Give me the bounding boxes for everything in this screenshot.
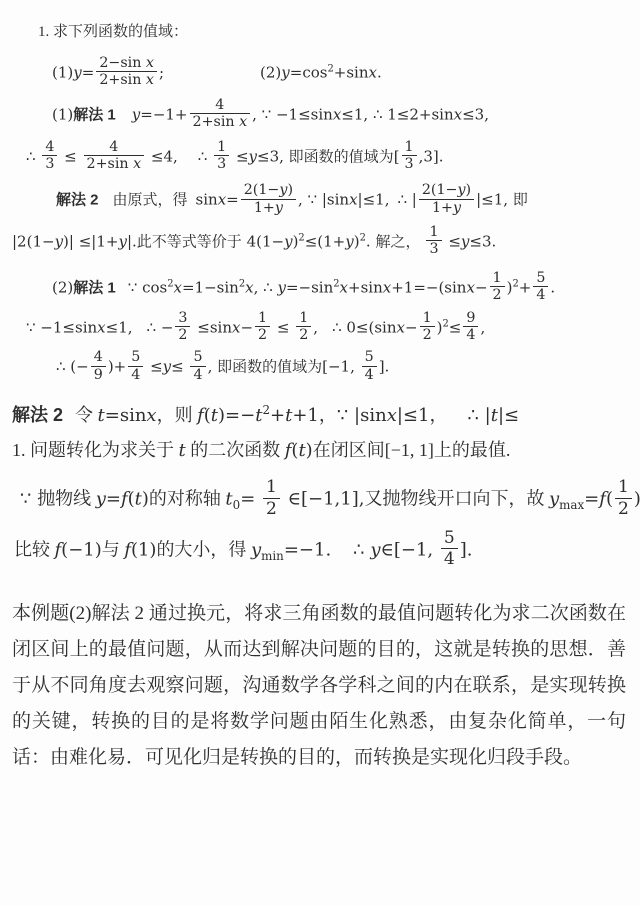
fraction-denominator: 2+sin x	[96, 71, 157, 88]
math-variable: x	[245, 278, 253, 296]
math-text: +	[519, 278, 532, 296]
cn-text: 在闭区间[−1, 1]上的最值.	[313, 440, 511, 460]
fraction-numerator: 5	[441, 528, 458, 549]
math-text: 1	[429, 224, 438, 240]
math-text: 1	[258, 310, 267, 326]
math-text: ≤	[145, 358, 162, 376]
math-text: ,3].	[419, 147, 444, 165]
fraction: 42+sin x	[84, 139, 145, 173]
math-text: 3	[45, 156, 54, 172]
compare-line: 比较 f(−1)与 f(1)的大小，得 ymin=−1.∴ y∈[−1, 54]…	[0, 530, 640, 572]
math-text: |.	[127, 232, 137, 250]
math-text: =	[240, 489, 261, 510]
math-variable: x	[368, 63, 376, 81]
fraction-numerator: 4	[84, 139, 145, 155]
math-text: 2	[178, 327, 187, 343]
math-text: =	[584, 489, 599, 510]
part1-solution1-line1: (1)解法 1y=−1+42+sin x, ∵ −1≤sinx≤1, ∴ 1≤2…	[0, 99, 640, 133]
math-text: )	[142, 489, 149, 510]
fraction-denominator: 3	[214, 155, 229, 172]
math-text: =	[82, 63, 95, 81]
math-text: ≤	[444, 232, 461, 250]
fraction-numerator: 1	[615, 477, 632, 498]
math-text: 1	[217, 139, 226, 155]
fraction-denominator: 9	[91, 366, 106, 383]
math-text: ∈[−1,	[381, 539, 439, 560]
superscript: 2	[262, 403, 270, 417]
problem-title: 1. 求下列函数的值域：	[0, 22, 640, 43]
math-text: 4	[109, 139, 118, 155]
part2-solution1-line3: ∴ (−49)+54 ≤y≤ 54, 即函数的值域为[−1, 54].	[0, 351, 640, 385]
fraction-denominator: 2	[615, 498, 632, 520]
math-variable: t	[211, 405, 218, 426]
fraction-numerator: 5	[190, 349, 205, 365]
fraction-denominator: 2	[263, 498, 280, 520]
bold-label: 解法 2	[56, 192, 99, 209]
fraction-numerator: 1	[214, 139, 229, 155]
math-text: 2	[258, 327, 267, 343]
fraction: 42+sin x	[190, 97, 251, 131]
math-text: =sin	[105, 405, 147, 426]
math-text: 2	[423, 327, 432, 343]
math-variable: y	[279, 182, 287, 198]
fraction: 12	[490, 270, 505, 304]
math-text: ,	[208, 358, 218, 376]
cn-text: ，	[319, 405, 337, 425]
fraction: 2(1−y)1+y	[241, 182, 296, 216]
math-text: sin	[196, 191, 218, 209]
math-text: 3	[217, 156, 226, 172]
math-variable: x	[97, 318, 105, 336]
fraction-numerator: 1	[490, 270, 505, 286]
math-text: ≤sin	[192, 318, 232, 336]
math-text: [−1,	[322, 358, 360, 376]
math-variable: x	[349, 191, 357, 209]
commentary-paragraph: 本例题(2)解法 2 通过换元，将求三角函数的最值问题转化为求二次函数在闭区间上…	[0, 596, 640, 776]
math-variable: y	[163, 358, 171, 376]
math-text: 2(1−	[244, 182, 280, 198]
math-text: 4	[466, 327, 475, 343]
fraction: 94	[463, 310, 478, 344]
math-text: ∵ |sin	[337, 405, 387, 426]
math-text: 4	[131, 367, 140, 383]
fraction-numerator: 4	[42, 139, 57, 155]
cn-text: 的对称轴	[149, 489, 226, 509]
math-text: )	[306, 440, 313, 461]
cn-text: 1. 问题转化为求关于	[12, 440, 179, 460]
math-text: , ∴	[254, 278, 278, 296]
math-text: ∴	[198, 147, 212, 165]
math-text: ;	[159, 63, 164, 81]
fraction-numerator: 1	[263, 477, 280, 498]
fraction-numerator: 2−sin x	[96, 55, 157, 71]
cn-text: 的二次函数	[186, 440, 285, 460]
math-variable: y	[132, 105, 140, 123]
math-variable: y	[345, 232, 353, 250]
math-variable: t	[179, 440, 186, 461]
math-variable: x	[218, 191, 226, 209]
fraction-numerator: 3	[175, 310, 190, 326]
math-text: +1	[292, 405, 319, 426]
math-variable: x	[383, 278, 391, 296]
math-text: 1	[266, 477, 277, 497]
math-variable: y	[284, 232, 292, 250]
fraction: 32	[175, 310, 190, 344]
math-text: )=	[634, 489, 640, 510]
formula-row: (1)y=2−sin x2+sin x;(2)y=cos2+sinx.	[0, 57, 640, 91]
fraction: 12	[255, 310, 270, 344]
math-text: 1	[299, 310, 308, 326]
fraction-numerator: 4	[190, 97, 251, 113]
fraction-denominator: 4	[533, 286, 548, 303]
fraction-denominator: 1+y	[419, 199, 474, 216]
math-text: 1	[618, 477, 629, 497]
math-variable: y	[370, 539, 380, 560]
fraction-denominator: 4	[128, 366, 143, 383]
math-text: ≤1,	[106, 318, 133, 336]
math-text: 2(1−	[422, 182, 458, 198]
math-text: 5	[536, 270, 545, 286]
fraction: 13	[214, 139, 229, 173]
math-text: ∈[−1,1],	[282, 489, 365, 510]
cn-text: 由原式，得	[113, 193, 188, 209]
math-text: ∴ 0≤(sin	[332, 318, 396, 336]
math-variable: y	[251, 539, 261, 560]
fraction-denominator: 4	[362, 366, 377, 383]
fraction-numerator: 1	[296, 310, 311, 326]
cn-text: ，则	[157, 405, 198, 425]
math-text: 4	[45, 139, 54, 155]
cn-text: 比较	[14, 539, 55, 559]
math-variable: x	[146, 72, 154, 88]
math-text: +1=−(sin	[391, 278, 466, 296]
math-text: )	[287, 182, 293, 198]
math-text: 5	[193, 349, 202, 365]
fraction: 54	[362, 349, 377, 383]
math-variable: y	[73, 63, 81, 81]
fraction: 12	[615, 477, 632, 519]
bold-label: 解法 2	[12, 405, 63, 425]
cn-text: 即函数的值域为	[289, 149, 394, 165]
math-text: 4	[536, 287, 545, 303]
math-text: =	[106, 489, 121, 510]
fraction-denominator: 3	[402, 155, 417, 172]
math-text: 9	[94, 367, 103, 383]
fraction-denominator: 2	[175, 326, 190, 343]
math-text: (	[606, 489, 613, 510]
math-text: ≤	[449, 318, 462, 336]
math-text: ∵ −1≤sin	[26, 318, 97, 336]
math-text: +sin	[348, 278, 383, 296]
math-text: −	[475, 278, 488, 296]
fraction-numerator: 1	[255, 310, 270, 326]
math-text: ≤3.	[469, 232, 496, 250]
math-text: 1+	[254, 200, 275, 216]
bold-label: 解法 1	[73, 279, 116, 296]
math-text: , ∵ −1≤sin	[252, 105, 333, 123]
math-text: ≤	[171, 358, 188, 376]
math-text: (2)	[52, 278, 73, 296]
math-text: ≤3,	[462, 105, 489, 123]
math-text: 4(1−	[242, 232, 284, 250]
fraction-denominator: 2	[420, 326, 435, 343]
math-text: ≤1, ∴ 1≤2+sin	[341, 105, 453, 123]
math-text: |≤1,	[476, 191, 513, 209]
math-text: 1+	[432, 200, 453, 216]
math-text: 4	[365, 367, 374, 383]
part2-solution1-line2: ∵ −1≤sinx≤1,∴ −32 ≤sinx−12 ≤ 12,∴ 0≤(sin…	[0, 312, 640, 346]
math-variable: f	[124, 539, 131, 560]
fraction: 54	[128, 349, 143, 383]
math-text: ∴	[353, 539, 370, 560]
fraction-denominator: 4	[463, 326, 478, 343]
math-text: [	[394, 147, 400, 165]
math-text: ≤3,	[257, 147, 289, 165]
math-variable: y	[275, 200, 283, 216]
part2-solution2-line2: 1. 问题转化为求关于 t 的二次函数 f(t)在闭区间[−1, 1]上的最值.	[0, 438, 640, 463]
math-variable: x	[239, 114, 247, 130]
math-text: ,	[480, 318, 485, 336]
fraction: 54	[533, 270, 548, 304]
cn-text: 1. 求下列函数的值域：	[38, 24, 188, 40]
math-text: ∵	[20, 489, 37, 510]
fraction: 54	[441, 528, 458, 570]
math-text: =	[226, 191, 239, 209]
fraction-numerator: 1	[420, 310, 435, 326]
math-variable: x	[133, 156, 141, 172]
math-variable: y	[249, 147, 257, 165]
part2-solution2-line1: 解法 2令 t=sinx，则 f(t)=−t2+t+1，∵ |sinx|≤1，∴…	[0, 403, 640, 428]
math-variable: f	[599, 489, 606, 510]
math-text: (2)	[260, 63, 281, 81]
math-variable: t	[135, 489, 142, 510]
math-text: ,	[313, 318, 318, 336]
math-text: 2	[299, 327, 308, 343]
math-variable: y	[453, 200, 461, 216]
cn-text: 抛物线	[37, 489, 96, 509]
fraction-denominator: 3	[42, 155, 57, 172]
math-text: )+	[108, 358, 126, 376]
fraction-denominator: 2+sin x	[84, 155, 145, 172]
math-text: 2	[618, 499, 629, 519]
math-text: .	[550, 278, 555, 296]
cn-text: 的大小，得	[156, 539, 251, 559]
part1-solution1-line2: ∴ 43 ≤ 42+sin x ≤4,∴ 13 ≤y≤3, 即函数的值域为[13…	[0, 141, 640, 175]
math-text: 5	[444, 528, 455, 548]
math-text: ≤	[272, 318, 294, 336]
math-variable: y	[281, 63, 289, 81]
math-text: −	[405, 318, 418, 336]
math-variable: t	[491, 405, 498, 426]
fraction-numerator: 5	[128, 349, 143, 365]
math-variable: x	[146, 405, 156, 426]
math-variable: f	[197, 405, 204, 426]
math-text: −	[240, 318, 253, 336]
fraction-denominator: 4	[441, 548, 458, 570]
subscript: max	[559, 498, 584, 512]
math-variable: t	[98, 405, 105, 426]
math-variable: x	[397, 318, 405, 336]
fraction: 49	[91, 349, 106, 383]
fraction: 13	[402, 139, 417, 173]
cn-text: 即	[513, 193, 528, 209]
math-text: , ∵ |sin	[298, 191, 349, 209]
math-text: ].	[379, 358, 390, 376]
math-text: 3	[178, 310, 187, 326]
math-variable: x	[454, 105, 462, 123]
math-variable: y	[118, 232, 126, 250]
math-variable: y	[549, 489, 559, 510]
math-variable: t	[298, 440, 305, 461]
math-variable: x	[466, 278, 474, 296]
fraction-numerator: 2(1−y)	[419, 182, 474, 198]
math-text: 2	[493, 287, 502, 303]
math-variable: x	[340, 278, 348, 296]
math-text: .	[377, 63, 382, 81]
math-text: ∴ −	[147, 318, 174, 336]
fraction-denominator: 2+sin x	[190, 113, 251, 130]
math-text: 5	[365, 349, 374, 365]
math-text: ∵ cos	[128, 278, 167, 296]
math-text: 2+sin	[99, 72, 146, 88]
fraction: 43	[42, 139, 57, 173]
math-text: |≤1,	[358, 191, 390, 209]
math-text: 2+sin	[87, 156, 134, 172]
math-text: 3	[429, 241, 438, 257]
math-text: 2	[266, 499, 277, 519]
part2-solution1-line1: (2)解法 1∵ cos2x=1−sin2x, ∴ y=−sin2x+sinx+…	[0, 272, 640, 306]
fraction-denominator: 2	[255, 326, 270, 343]
math-text: (1)	[131, 539, 157, 560]
fraction-denominator: 4	[190, 366, 205, 383]
math-variable: y	[55, 232, 63, 250]
subscript: min	[261, 549, 284, 563]
math-variable: x	[174, 278, 182, 296]
math-text: +	[270, 405, 285, 426]
math-variable: y	[96, 489, 106, 510]
math-variable: y	[277, 278, 285, 296]
fraction-numerator: 5	[362, 349, 377, 365]
math-text: ≤(1+	[305, 232, 346, 250]
math-text: =−1.	[284, 539, 331, 560]
math-text: |2(1−	[12, 232, 55, 250]
fraction-denominator: 2	[490, 286, 505, 303]
math-text: (1)	[52, 63, 73, 81]
fraction-numerator: 4	[91, 349, 106, 365]
fraction-denominator: 1+y	[241, 199, 296, 216]
math-text: |≤1	[397, 405, 430, 426]
fraction: 54	[190, 349, 205, 383]
fraction-denominator: 3	[426, 240, 441, 257]
math-text: 4	[193, 367, 202, 383]
math-text: (	[204, 405, 211, 426]
cn-text: 此不等式等价于	[137, 234, 242, 250]
math-text: =−1+	[140, 105, 187, 123]
cn-text: ，	[429, 405, 447, 425]
math-text: ∴ |	[467, 405, 490, 426]
math-text: (1)	[52, 105, 73, 123]
fraction: 13	[426, 224, 441, 258]
math-text: ≤4,	[146, 147, 178, 165]
math-text: +sin	[334, 63, 369, 81]
math-text: |≤	[498, 405, 519, 426]
math-worksheet-page: 1. 求下列函数的值域：(1)y=2−sin x2+sin x;(2)y=cos…	[0, 0, 640, 905]
math-text: 4	[94, 349, 103, 365]
math-text: ∴ |	[397, 191, 416, 209]
fraction-denominator: 2	[296, 326, 311, 343]
cn-text: 与	[102, 539, 125, 559]
math-text: 1	[423, 310, 432, 326]
part1-solution2-line2: |2(1−y)| ≤|1+y|.此不等式等价于 4(1−y)2≤(1+y)2. …	[0, 226, 640, 260]
math-text: 1	[493, 270, 502, 286]
fraction: 12	[420, 310, 435, 344]
math-text: )=−	[218, 405, 255, 426]
cn-text: 又抛物线开口向下，故	[364, 489, 549, 509]
math-text: 2−sin	[99, 55, 146, 71]
math-text: 5	[131, 349, 140, 365]
cn-text: 本例题(2)解法 2 通过换元，将求三角函数的最值问题转化为求二次函数在闭区间上…	[12, 603, 626, 768]
cn-text: 令	[75, 405, 98, 425]
fraction: 2(1−y)1+y	[419, 182, 474, 216]
math-text: (−1)	[61, 539, 102, 560]
math-text: (	[128, 489, 135, 510]
math-text: )	[466, 182, 472, 198]
math-variable: y	[457, 182, 465, 198]
math-text: 3	[405, 156, 414, 172]
math-text: 2+sin	[193, 114, 240, 130]
math-variable: f	[121, 489, 128, 510]
math-text: 4	[444, 549, 455, 569]
fraction: 2−sin x2+sin x	[96, 55, 157, 89]
math-variable: x	[146, 55, 154, 71]
fraction: 12	[263, 477, 280, 519]
math-text: =cos	[290, 63, 328, 81]
math-text: 1	[405, 139, 414, 155]
math-text: )| ≤|1+	[63, 232, 118, 250]
math-text: =1−sin	[182, 278, 239, 296]
math-text: ∴	[26, 147, 40, 165]
fraction-numerator: 2(1−y)	[241, 182, 296, 198]
math-text: ].	[460, 539, 473, 560]
fraction-numerator: 9	[463, 310, 478, 326]
math-text: 9	[466, 310, 475, 326]
parabola-line: ∵ 抛物线 y=f(t)的对称轴 t0= 12 ∈[−1,1],又抛物线开口向下…	[0, 479, 640, 521]
part1-solution2-line1: 解法 2由原式，得sinx=2(1−y)1+y, ∵ |sinx|≤1,∴ |2…	[0, 184, 640, 218]
math-text: ∴ (−	[56, 358, 89, 376]
math-text: ≤	[59, 147, 81, 165]
fraction: 12	[296, 310, 311, 344]
math-text: 4	[215, 97, 224, 113]
cn-text: 即函数的值域为	[217, 360, 322, 376]
bold-label: 解法 1	[73, 106, 116, 123]
math-variable: x	[387, 405, 397, 426]
fraction-numerator: 1	[426, 224, 441, 240]
math-text: ≤	[231, 147, 248, 165]
fraction-numerator: 5	[533, 270, 548, 286]
math-variable: t	[225, 489, 232, 510]
math-text: =−sin	[286, 278, 333, 296]
fraction-numerator: 1	[402, 139, 417, 155]
cn-text: 解之，	[375, 234, 420, 250]
